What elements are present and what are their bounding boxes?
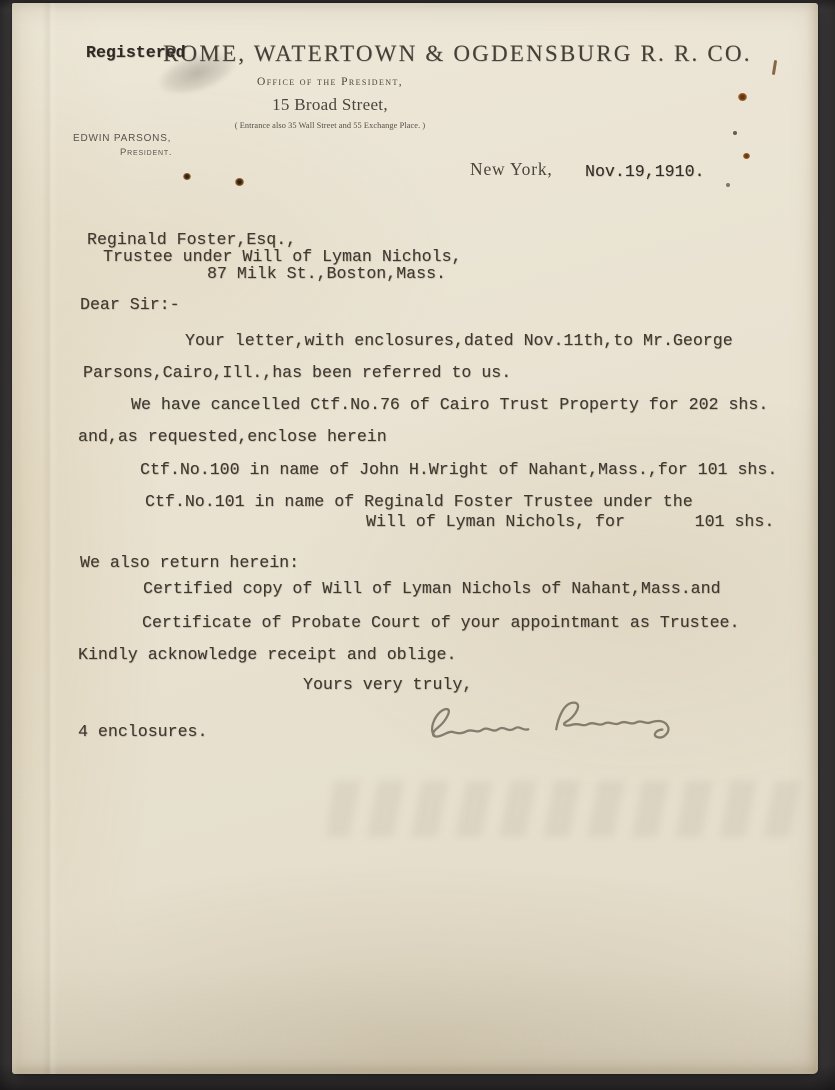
body-line: Kindly acknowledge receipt and oblige. — [78, 647, 456, 664]
body-line-certificate-100: Ctf.No.100 in name of John H.Wright of N… — [140, 462, 777, 479]
entrance-note: ( Entrance also 35 Wall Street and 55 Ex… — [235, 122, 426, 130]
officer-name: EDWIN PARSONS, — [73, 134, 171, 144]
body-line: We have cancelled Ctf.No.76 of Cairo Tru… — [131, 397, 768, 414]
body-line: Certified copy of Will of Lyman Nichols … — [143, 581, 721, 598]
body-line: and,as requested,enclose herein — [78, 429, 387, 446]
body-line-certificate-101-continued: Will of Lyman Nichols, for 101 shs. — [366, 514, 774, 531]
rust-stain — [743, 153, 750, 159]
recipient-address-line: 87 Milk St.,Boston,Mass. — [207, 266, 446, 283]
body-line: We also return herein: — [80, 555, 299, 572]
officer-title: President. — [120, 148, 172, 158]
street-address-line: 15 Broad Street, — [272, 96, 388, 113]
city-line: New York, — [470, 161, 553, 179]
body-line-certificate-101: Ctf.No.101 in name of Reginald Foster Tr… — [145, 494, 693, 511]
paper-crease — [42, 3, 58, 1074]
body-line: Certificate of Probate Court of your app… — [142, 615, 739, 632]
office-of-president-line: Office of the President, — [257, 77, 403, 89]
rust-hole — [183, 173, 191, 180]
salutation: Dear Sir:- — [80, 297, 180, 314]
typed-date: Nov.19,1910. — [585, 164, 705, 181]
company-name: ROME, WATERTOWN & OGDENSBURG R. R. CO. — [163, 42, 752, 65]
body-line: Parsons,Cairo,Ill.,has been referred to … — [83, 365, 511, 382]
show-through-watermark — [326, 781, 812, 837]
body-line: Your letter,with enclosures,dated Nov.11… — [185, 333, 733, 350]
paper-speck — [726, 183, 730, 187]
paper-speck — [733, 131, 737, 135]
letter-paper: ROME, WATERTOWN & OGDENSBURG R. R. CO. R… — [12, 3, 818, 1074]
signature-autograph — [423, 686, 705, 758]
rust-hole — [235, 178, 244, 186]
rust-stain — [738, 93, 747, 101]
valediction: Yours very truly, — [303, 677, 472, 694]
enclosure-note: 4 enclosures. — [78, 724, 207, 741]
registered-stamp: Registered — [86, 45, 186, 62]
scan-backdrop: { "letterhead": { "registered_stamp": "R… — [0, 0, 835, 1090]
ink-mark — [772, 60, 777, 75]
